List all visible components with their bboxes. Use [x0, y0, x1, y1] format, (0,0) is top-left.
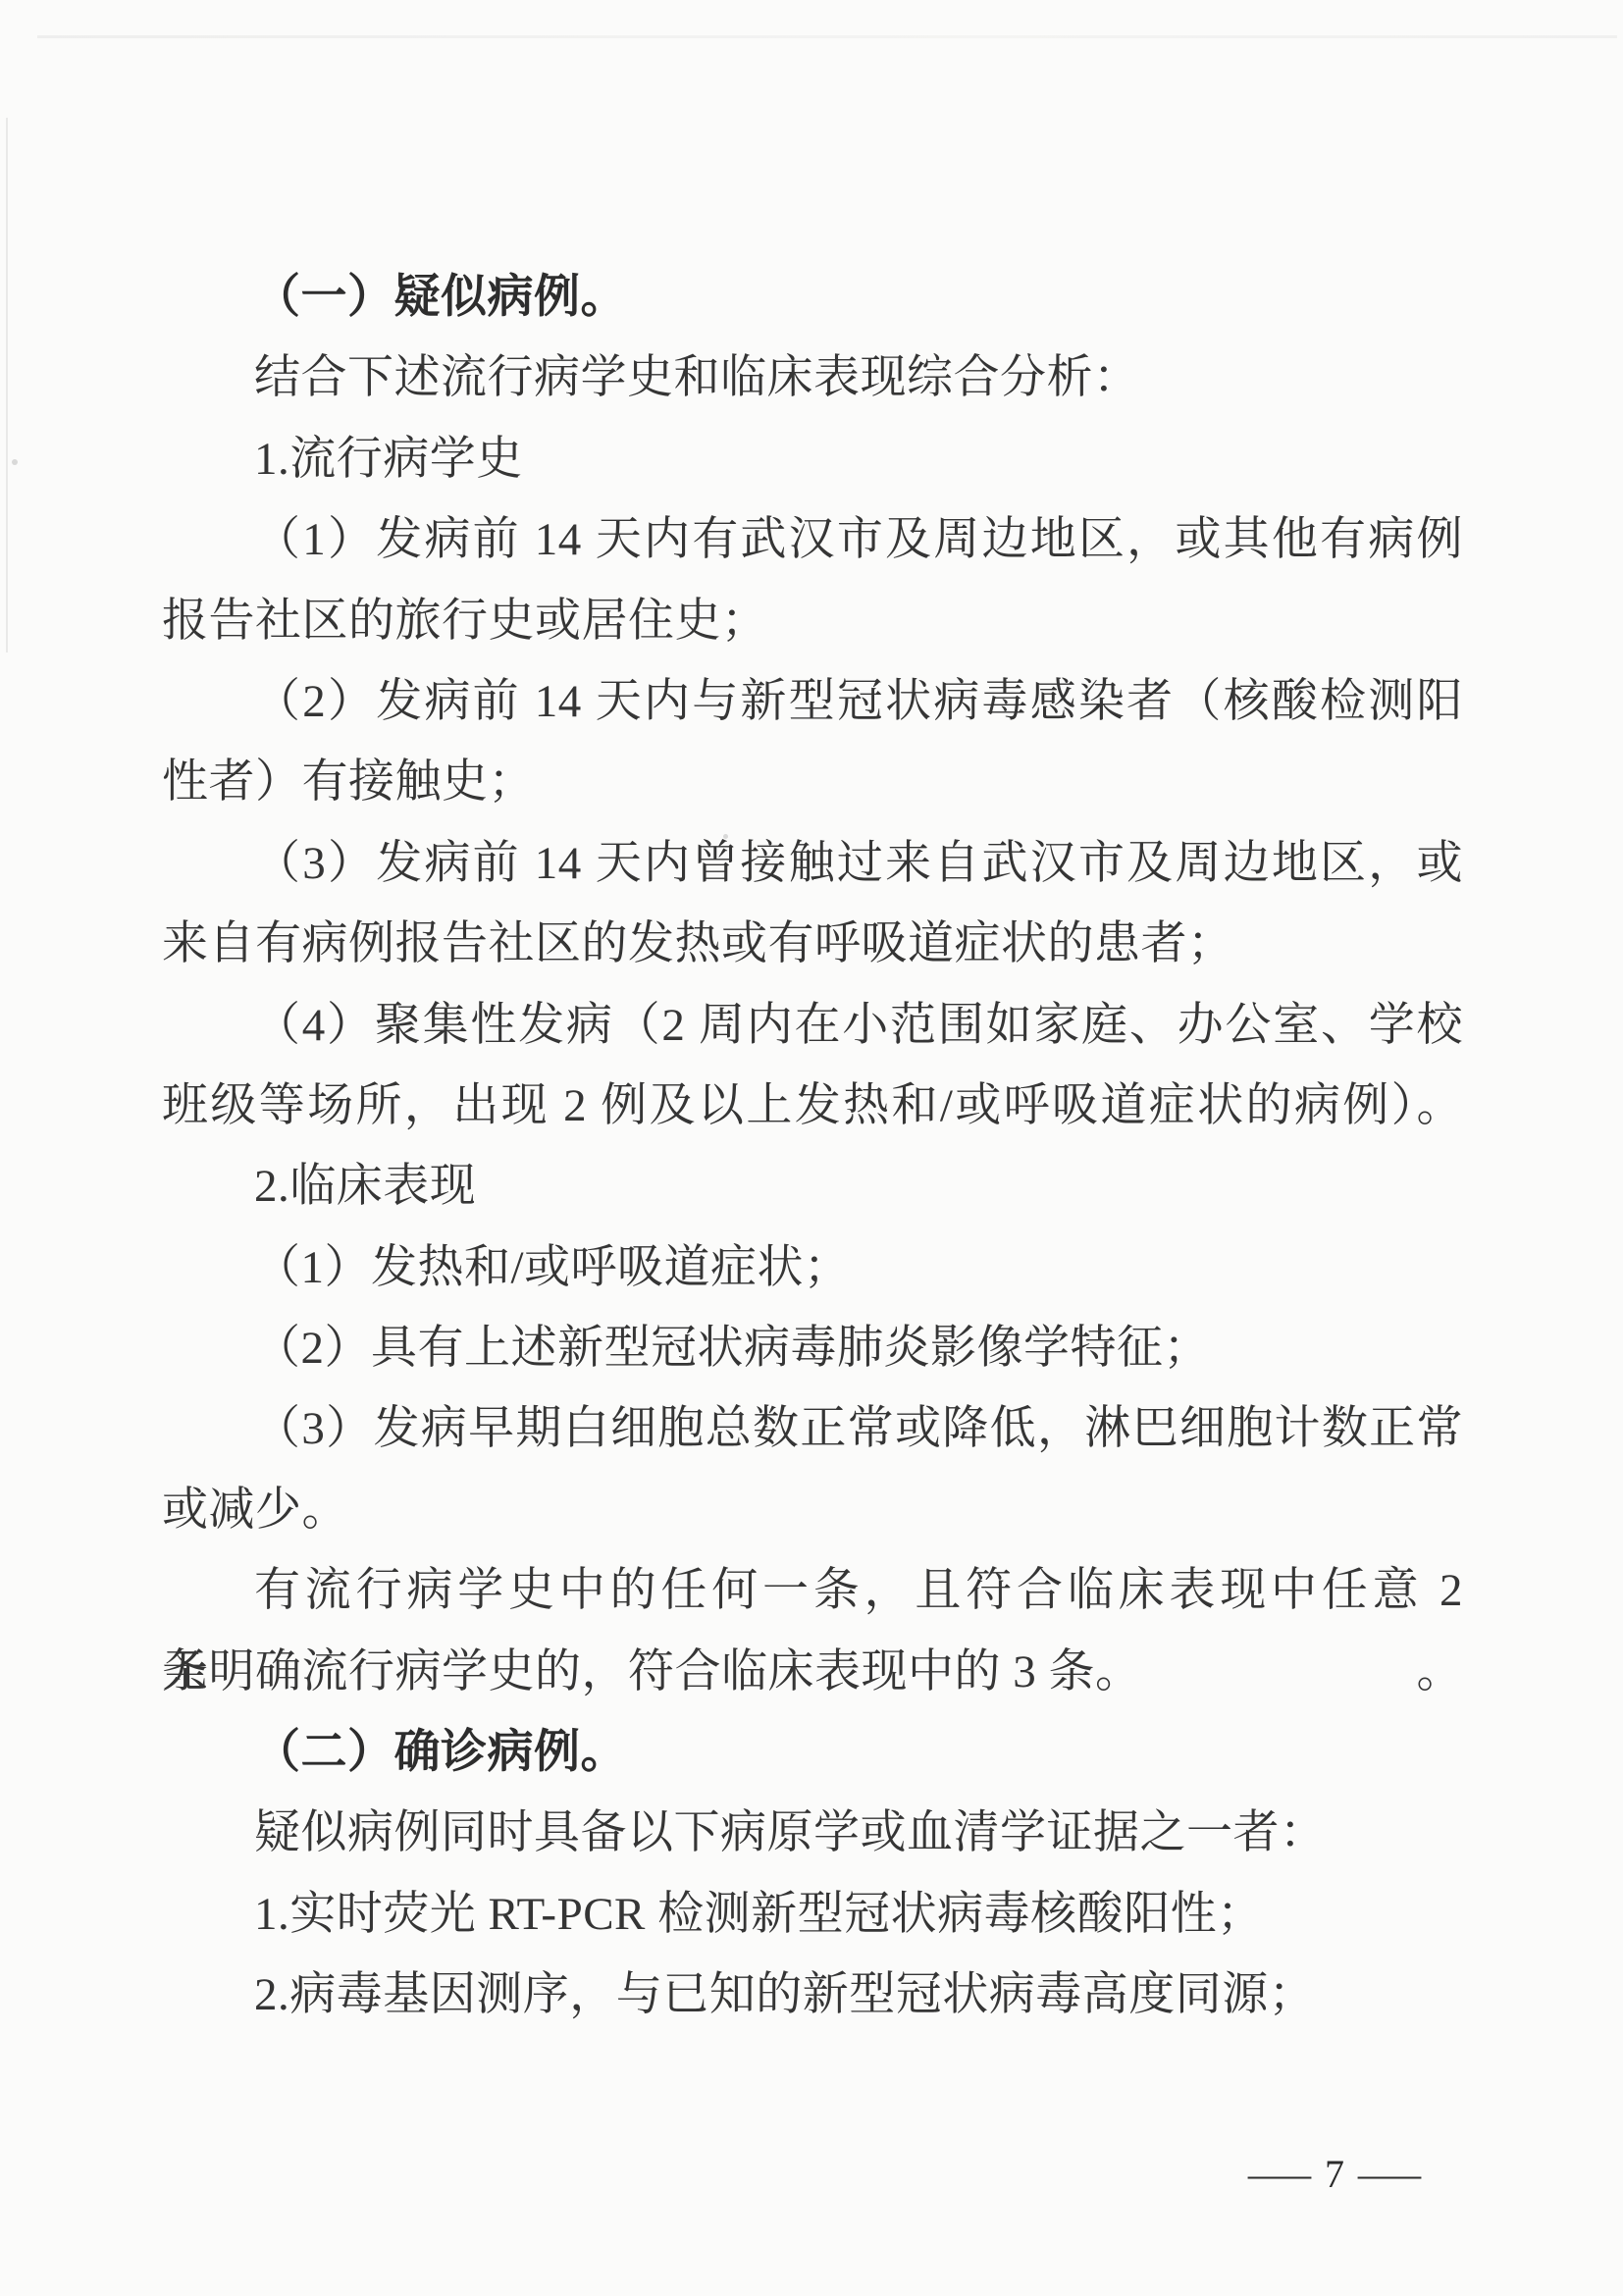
- text-line: （2）具有上述新型冠状病毒肺炎影像学特征；: [162, 1308, 1463, 1388]
- text-line: （二）确诊病例。: [162, 1712, 1463, 1793]
- scan-artifact-top-streak: [37, 35, 1617, 38]
- text-line: 有流行病学史中的任何一条，且符合临床表现中任意 2 条。: [162, 1550, 1463, 1631]
- text-line: 报告社区的旅行史或居住史；: [162, 581, 1463, 661]
- page-number: 7: [1325, 2151, 1344, 2197]
- text-line: 性者）有接触史；: [162, 742, 1463, 822]
- text-line: （3）发病早期白细胞总数正常或降低，淋巴细胞计数正常: [162, 1388, 1463, 1469]
- scan-artifact-speck: [12, 459, 18, 465]
- text-line: 或减少。: [162, 1470, 1463, 1550]
- scan-artifact-left-edge: [6, 118, 8, 652]
- text-line: 2.病毒基因测序，与已知的新型冠状病毒高度同源；: [162, 1955, 1463, 2035]
- text-line: （1）发热和/或呼吸道症状；: [162, 1227, 1463, 1308]
- footer-dash-right: —: [1358, 2151, 1421, 2197]
- document-body: （一）疑似病例。结合下述流行病学史和临床表现综合分析：1.流行病学史（1）发病前…: [162, 257, 1463, 2036]
- text-line: （一）疑似病例。: [162, 257, 1463, 338]
- text-line: （3）发病前 14 天内曾接触过来自武汉市及周边地区，或: [162, 823, 1463, 904]
- text-line: 疑似病例同时具备以下病原学或血清学证据之一者：: [162, 1793, 1463, 1873]
- text-line: （4）聚集性发病（2 周内在小范围如家庭、办公室、学校: [162, 985, 1463, 1066]
- text-line: （1）发病前 14 天内有武汉市及周边地区，或其他有病例: [162, 499, 1463, 580]
- text-line: 2.临床表现: [162, 1146, 1463, 1226]
- text-line: 结合下述流行病学史和临床表现综合分析：: [162, 338, 1463, 418]
- text-line: 1.实时荧光 RT-PCR 检测新型冠状病毒核酸阳性；: [162, 1874, 1463, 1955]
- document-page: （一）疑似病例。结合下述流行病学史和临床表现综合分析：1.流行病学史（1）发病前…: [0, 0, 1623, 2296]
- text-line: 1.流行病学史: [162, 419, 1463, 499]
- text-line: （2）发病前 14 天内与新型冠状病毒感染者（核酸检测阳: [162, 661, 1463, 742]
- page-footer: — 7 —: [1260, 2151, 1409, 2197]
- text-line: 来自有病例报告社区的发热或有呼吸道症状的患者；: [162, 904, 1463, 984]
- text-line: 班级等场所，出现 2 例及以上发热和/或呼吸道症状的病例）。: [162, 1066, 1463, 1146]
- footer-dash-left: —: [1248, 2151, 1311, 2197]
